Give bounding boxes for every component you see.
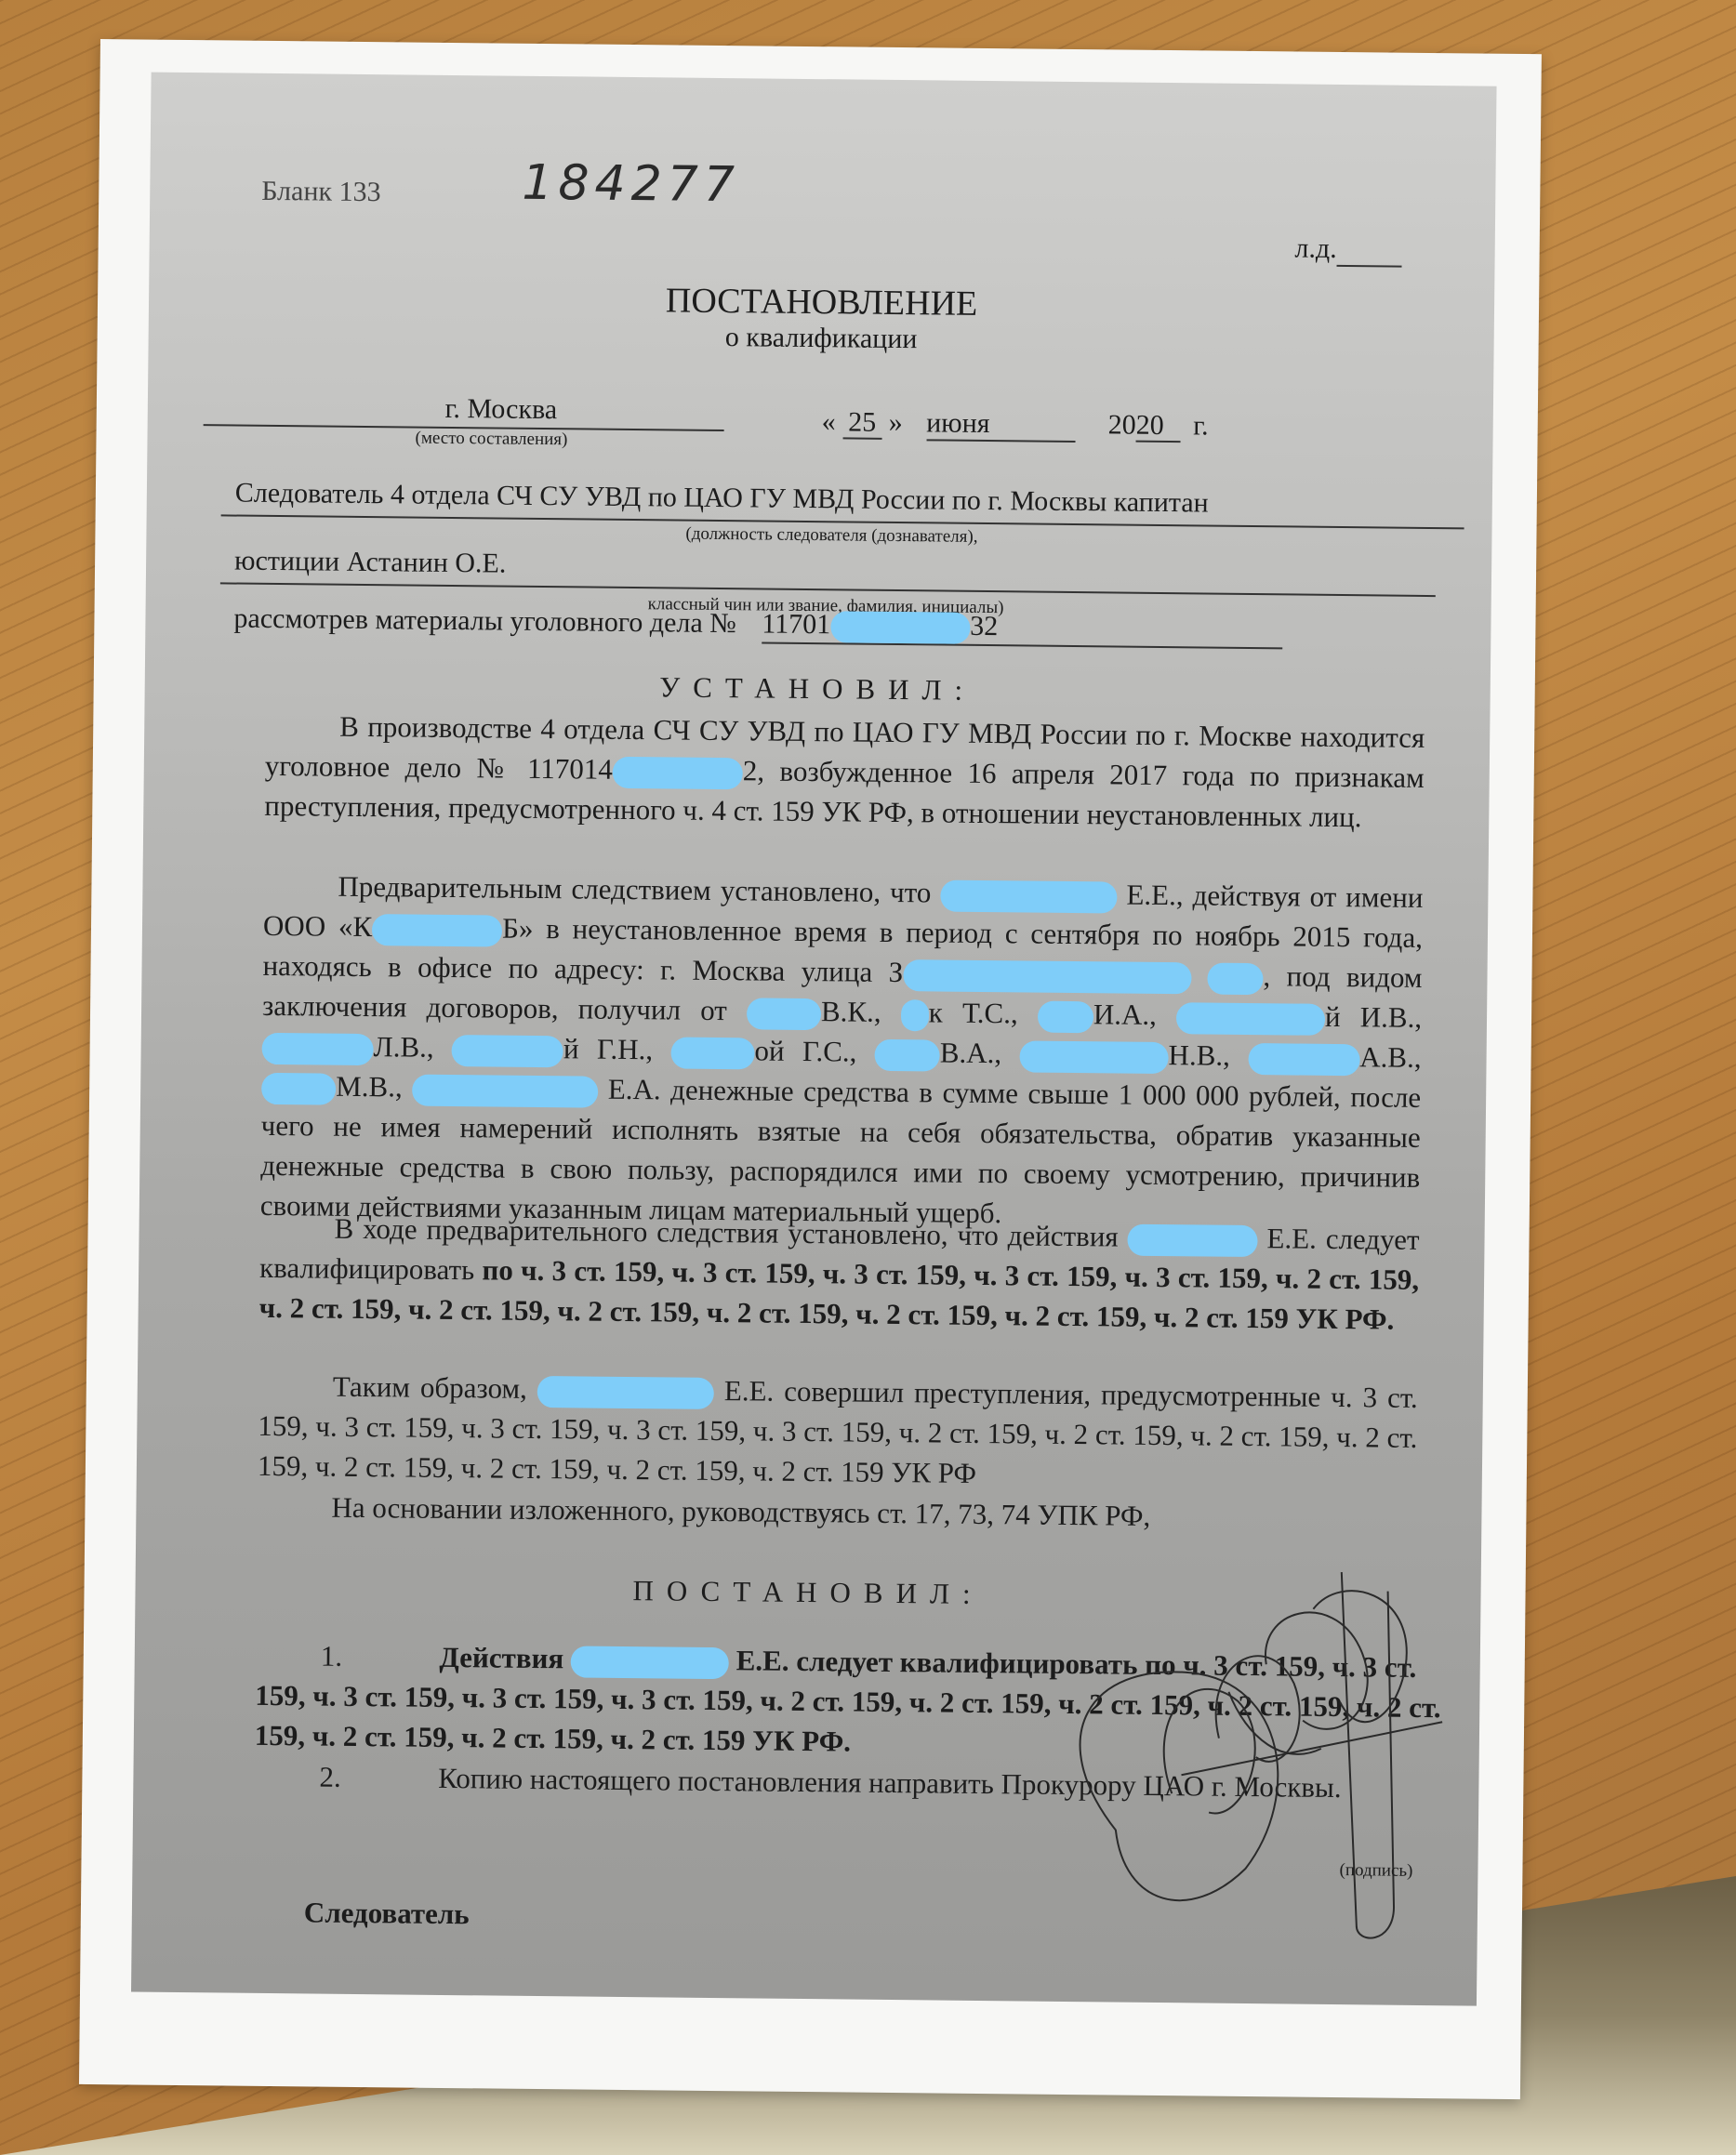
paragraph-conclusion: Таким образом, Е.Е. совершил преступлени… [258,1366,1418,1498]
redaction-mark [901,999,929,1031]
handwritten-number: 184277 [522,155,740,213]
ld-field: л.д. [1294,232,1402,267]
para3-text-a: В ходе предварительного следствия устано… [334,1212,1118,1253]
redaction-mark [1176,1002,1325,1036]
para2-text-l: В.А., [940,1037,1002,1070]
paragraph-case-info: В производстве 4 отдела СЧ СУ УВД по ЦАО… [264,706,1425,838]
para2-text-m: Н.В., [1168,1038,1230,1072]
ld-blank [1337,233,1402,268]
para2-text-f: к Т.С., [929,996,1018,1029]
redaction-mark [571,1646,729,1679]
case-number: 1170132 [762,608,1282,649]
para2-text-g: И.А., [1093,998,1157,1031]
paragraph-qualification: В ходе предварительного следствия устано… [258,1208,1419,1340]
date-field: « 25 » июня 2020 г. [822,406,1209,443]
investigator-caption1: (должность следователя (дознавателя), [685,524,977,548]
paragraph-findings: Предварительным следствием установлено, … [260,866,1424,1237]
redaction-mark [261,1073,336,1105]
date-quote-open: « [822,406,836,437]
place-field: г. Москва (место составления) [203,390,724,452]
signer-label: Следователь [304,1896,470,1931]
redaction-mark [1019,1040,1168,1074]
redaction-mark [613,757,743,789]
investigator-line2-rule [220,582,1436,597]
case-label: рассмотрев материалы уголовного дела № [233,603,736,640]
form-label: Бланк 133 [261,176,381,208]
date-year-prefix: 20 [1108,409,1136,440]
redaction-mark [940,879,1117,913]
redaction-mark [537,1376,714,1409]
para2-text-a: Предварительным следствием установлено, … [338,870,931,909]
date-year-label: г. [1193,410,1209,441]
redaction-mark [670,1037,754,1069]
date-year-suffix: 20 [1136,410,1181,443]
redaction-mark [1248,1043,1359,1076]
printed-area: Бланк 133 184277 л.д. ПОСТАНОВЛЕНИЕ о кв… [131,73,1497,2006]
redaction-mark [830,611,970,644]
case-number-prefix: 11701 [762,608,830,640]
item1-number: 1. [256,1635,432,1677]
document-sheet: Бланк 133 184277 л.д. ПОСТАНОВЛЕНИЕ о кв… [79,39,1542,2099]
redaction-mark [903,959,1191,994]
para2-text-n: А.В., [1359,1040,1422,1074]
para2-text-i: Л.В., [373,1030,433,1064]
place-value: г. Москва [204,390,724,428]
item2-number: 2. [254,1756,431,1798]
redaction-mark [372,914,502,946]
redaction-mark [1038,1001,1093,1034]
redaction-mark [412,1074,598,1107]
para2-text-k: ой Г.С., [754,1034,856,1067]
signature-caption: (подпись) [1339,1860,1412,1882]
item1-label: Действия [439,1641,563,1674]
case-number-suffix: 32 [970,611,998,641]
para2-text-j: й Г.Н., [563,1032,653,1065]
redaction-mark [1127,1224,1257,1257]
redaction-mark [261,1033,373,1065]
para4-text-a: Таким образом, [333,1370,527,1405]
case-field: рассмотрев материалы уголовного дела № 1… [233,603,1282,650]
ld-label: л.д. [1294,232,1337,263]
redaction-mark [1207,962,1263,995]
para2-text-o: М.В., [336,1070,403,1104]
investigator-line1: Следователь 4 отдела СЧ СУ УВД по ЦАО ГУ… [235,478,1209,520]
para2-text-e: В.К., [821,995,881,1028]
redaction-mark [452,1035,563,1067]
date-day: 25 [842,406,881,439]
date-month: июня [926,407,1075,443]
date-quote-close: » [889,407,903,438]
para2-text-h: й И.В., [1325,1000,1422,1034]
redaction-mark [875,1039,940,1072]
investigator-line2: юстиции Астанин О.Е. [234,546,507,580]
redaction-mark [747,998,821,1030]
signature-scribble [1003,1550,1453,1945]
